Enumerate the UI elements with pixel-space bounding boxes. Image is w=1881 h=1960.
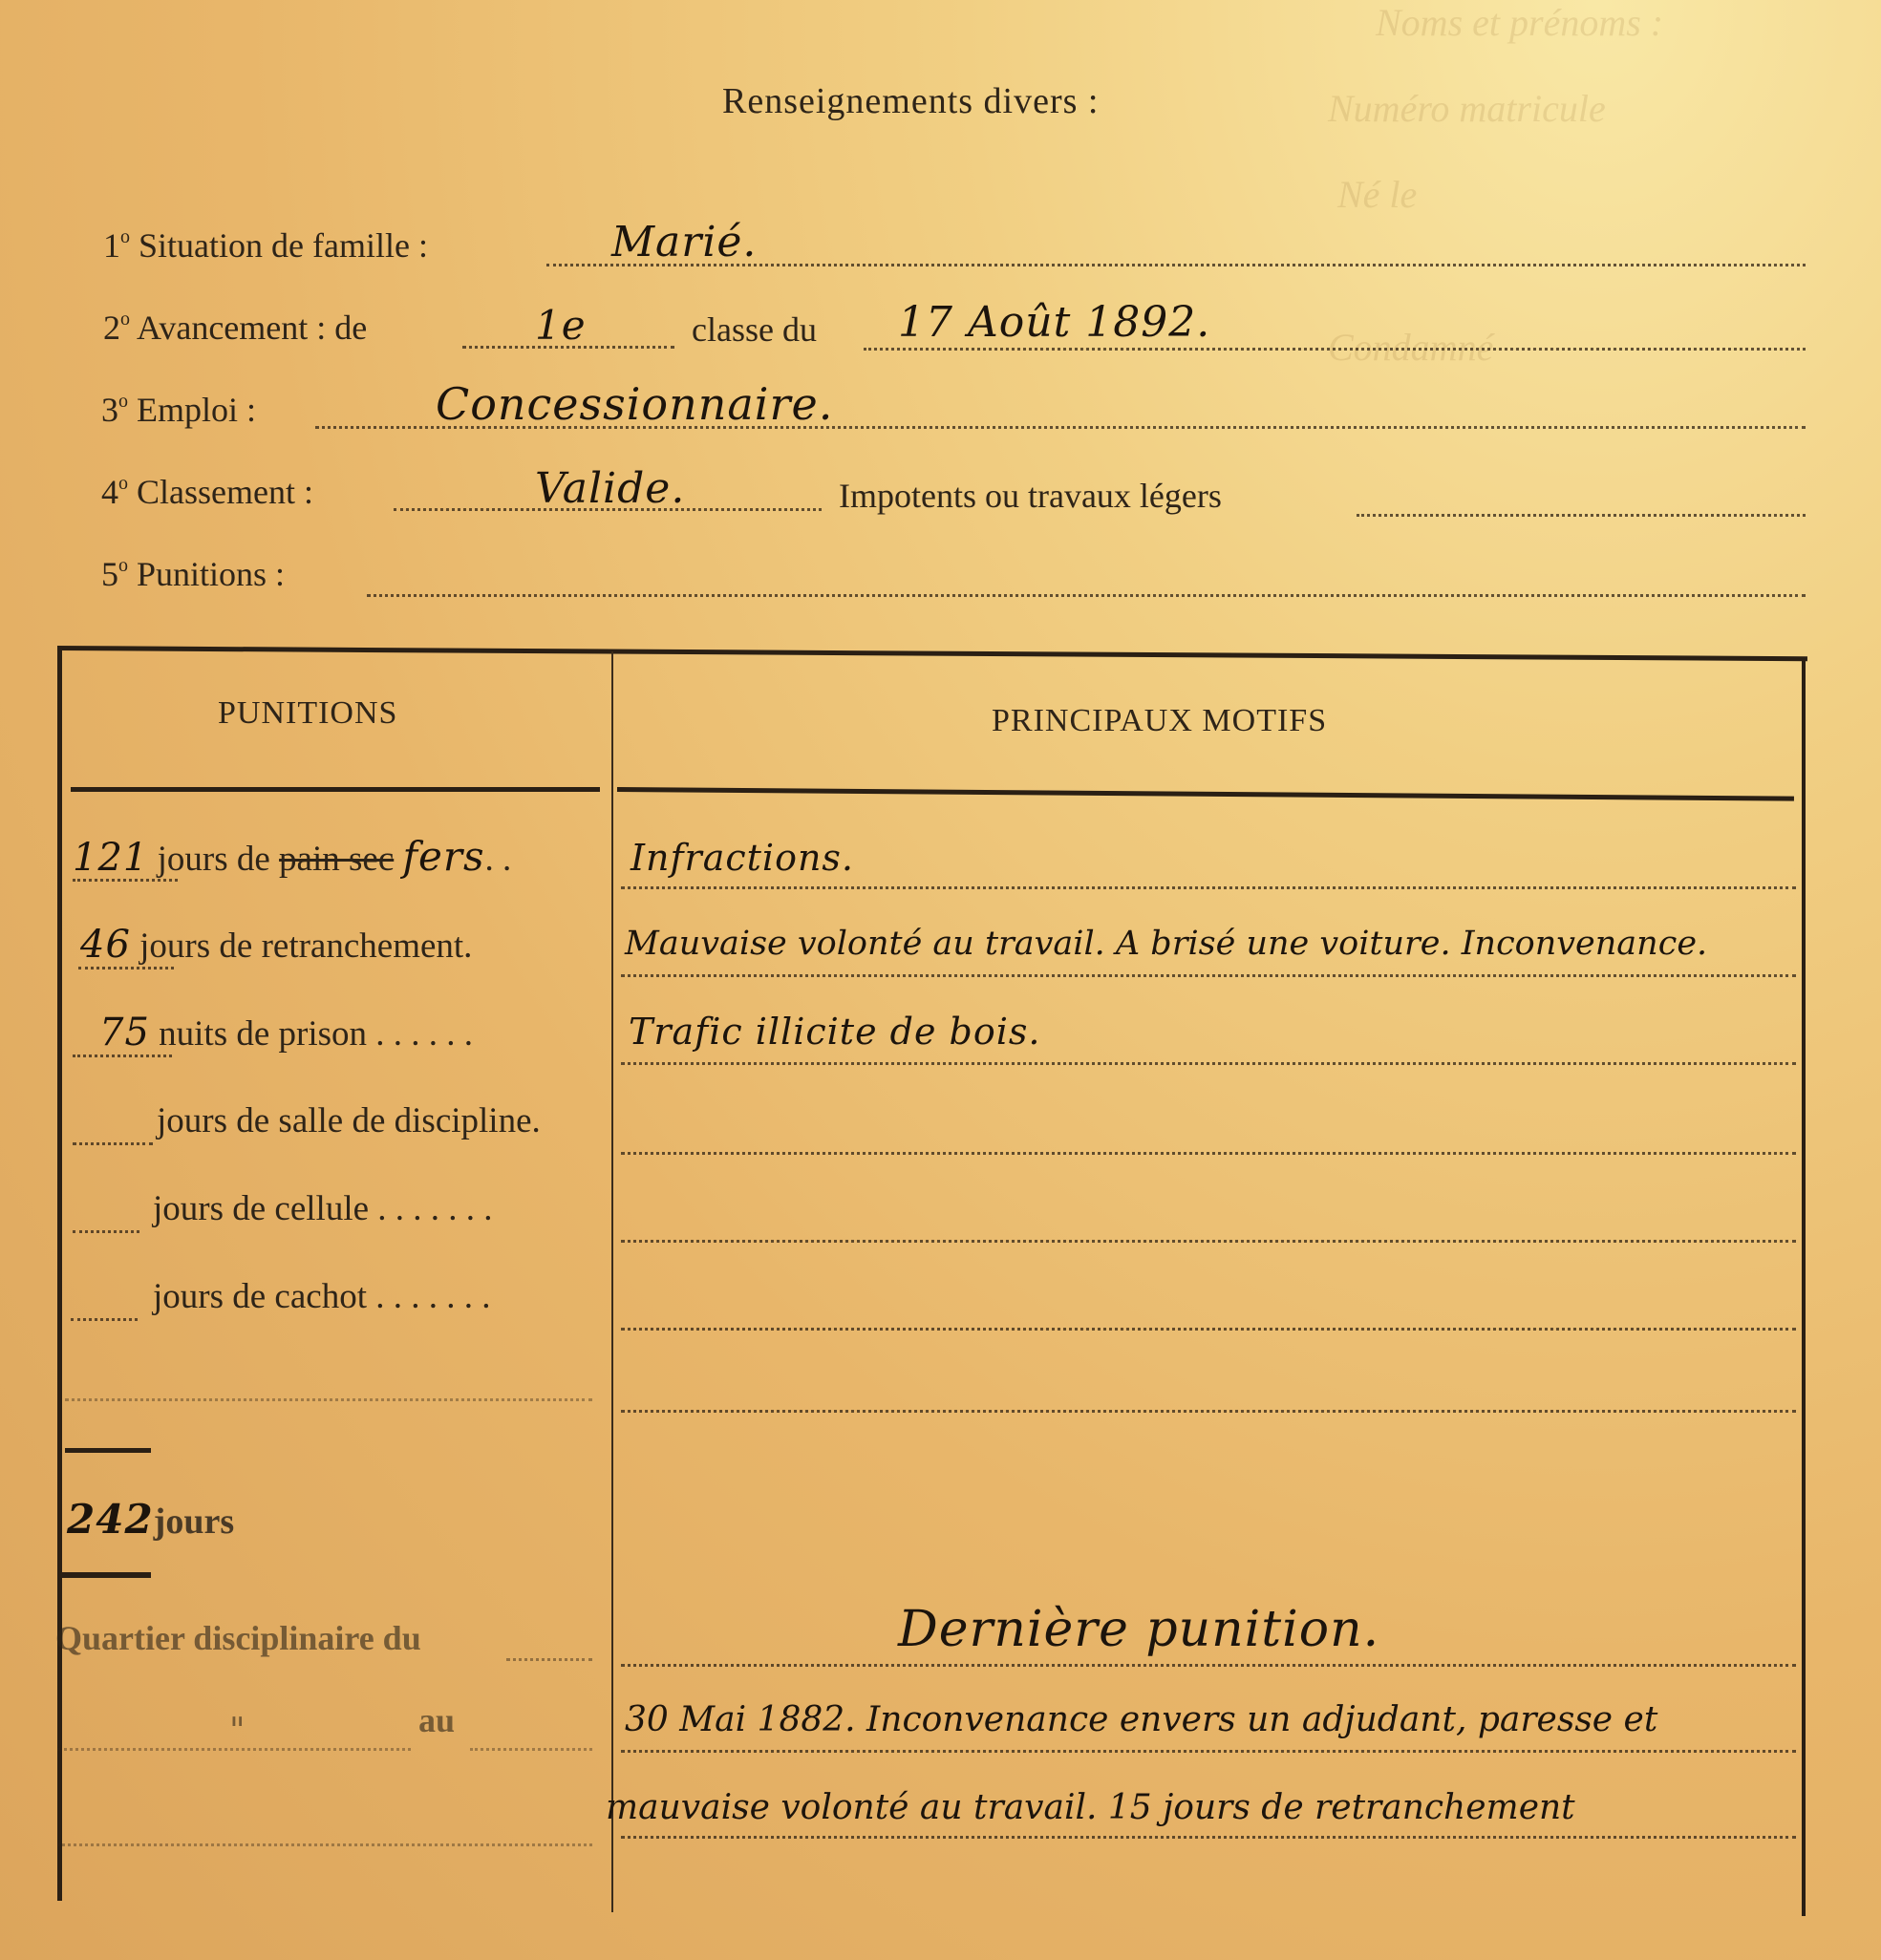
punitions-table: PUNITIONS PRINCIPAUX MOTIFS 121 jours de… xyxy=(57,646,1807,1916)
motif-entry: Infractions. xyxy=(631,837,854,879)
motif-line xyxy=(621,1062,1796,1065)
field-label: Emploi : xyxy=(137,391,256,429)
table-right-border xyxy=(1802,659,1806,1916)
avancement-date-value: 17 Août 1892. xyxy=(898,298,1210,347)
table-top-border xyxy=(57,646,1807,661)
quartier-au-label: au xyxy=(418,1700,455,1740)
punition-label: jours de xyxy=(158,840,270,879)
motif-line xyxy=(621,1328,1796,1331)
fill-line xyxy=(367,594,1806,597)
field-punitions: 5o Punitions : xyxy=(101,554,285,594)
punition-row-pain-sec: 121 jours de pain sec fers. . xyxy=(73,833,511,880)
total-label: jours xyxy=(154,1502,234,1542)
motif-line xyxy=(621,886,1796,889)
fill-line xyxy=(73,879,178,882)
field-number: 4o xyxy=(101,473,128,511)
motif-entry: Mauvaise volonté au travail. A brisé une… xyxy=(625,925,1707,963)
fill-line xyxy=(73,1055,172,1057)
fill-line xyxy=(71,1318,138,1321)
quartier-label: Quartier disciplinaire du xyxy=(55,1618,421,1658)
field-classement: 4o Classement : xyxy=(101,472,313,512)
ghost-text: Né le xyxy=(1337,172,1417,217)
motif-line xyxy=(621,1836,1796,1839)
ghost-text: Noms et prénoms : xyxy=(1376,0,1663,45)
punition-count: 46 xyxy=(80,923,131,967)
punition-row-cachot: jours de cachot . . . . . . . xyxy=(153,1276,490,1317)
fill-line xyxy=(78,967,174,969)
derniere-punition-heading: Dernière punition. xyxy=(898,1601,1379,1658)
punition-row-cellule: jours de cellule . . . . . . . xyxy=(153,1188,493,1229)
table-left-border xyxy=(57,650,62,1901)
total-days: 242jours xyxy=(67,1496,234,1543)
section-title: Renseignements divers : xyxy=(722,80,1099,122)
motif-entry: Trafic illicite de bois. xyxy=(629,1011,1040,1053)
avancement-classe-value: 1e xyxy=(535,302,587,349)
classement-value: Valide. xyxy=(535,464,685,513)
derniere-punition-line: 30 Mai 1882. Inconvenance envers un adju… xyxy=(625,1700,1657,1739)
motif-line xyxy=(621,1410,1796,1413)
field-avancement: 2o Avancement : de xyxy=(103,308,367,348)
field-number: 5o xyxy=(101,555,128,593)
quartier-mark: " xyxy=(229,1712,246,1751)
motif-line xyxy=(621,1152,1796,1155)
punition-dots: . . xyxy=(485,840,512,879)
field-label: Punitions : xyxy=(137,555,285,593)
fill-line xyxy=(73,1230,139,1233)
fill-line xyxy=(65,1398,592,1401)
field-number: 3o xyxy=(101,391,128,429)
column-header-motifs: PRINCIPAUX MOTIFS xyxy=(992,703,1327,739)
impotents-label: Impotents ou travaux légers xyxy=(839,476,1222,516)
field-label: Situation de famille : xyxy=(139,226,428,265)
field-label: Classement : xyxy=(137,473,313,511)
handwritten-correction: fers xyxy=(403,833,485,880)
column-header-punitions: PUNITIONS xyxy=(218,695,397,732)
punition-count: 75 xyxy=(99,1011,150,1055)
motif-line xyxy=(621,1664,1796,1667)
motif-line xyxy=(621,1240,1796,1243)
struck-text: pain sec xyxy=(279,840,394,879)
column-divider xyxy=(611,651,613,1912)
fill-line xyxy=(470,1748,592,1751)
motif-line xyxy=(621,1750,1796,1753)
motif-line xyxy=(621,974,1796,977)
field-label: Avancement : de xyxy=(137,309,367,347)
emploi-value: Concessionnaire. xyxy=(436,378,833,430)
punition-label: jours de retranchement. xyxy=(139,927,472,966)
total-rule-bottom xyxy=(61,1572,151,1578)
fill-line xyxy=(57,1843,592,1846)
derniere-punition-line: mauvaise volonté au travail. 15 jours de… xyxy=(606,1788,1575,1827)
punition-label: nuits de prison . . . . . . xyxy=(159,1014,473,1054)
punition-row-prison: 75 nuits de prison . . . . . . xyxy=(99,1011,473,1055)
total-rule-top xyxy=(65,1448,151,1453)
field-number: 2o xyxy=(103,309,130,347)
fill-line xyxy=(73,1142,153,1145)
header-rule-right xyxy=(617,787,1794,801)
punition-count: 121 xyxy=(73,836,148,880)
situation-value: Marié. xyxy=(611,218,757,266)
fill-line xyxy=(864,348,1806,351)
field-number: 1o xyxy=(103,226,130,265)
field-situation-famille: 1o Situation de famille : xyxy=(103,225,428,266)
fill-line xyxy=(1357,514,1806,517)
punition-row-salle-discipline: jours de salle de discipline. xyxy=(157,1100,541,1141)
classe-du-label: classe du xyxy=(692,309,817,350)
total-count: 242 xyxy=(67,1496,154,1543)
ghost-text: Numéro matricule xyxy=(1328,86,1606,131)
punition-row-retranchement: 46 jours de retranchement. xyxy=(80,923,472,967)
field-emploi: 3o Emploi : xyxy=(101,390,256,430)
fill-line xyxy=(506,1658,592,1661)
header-rule-left xyxy=(71,787,600,792)
